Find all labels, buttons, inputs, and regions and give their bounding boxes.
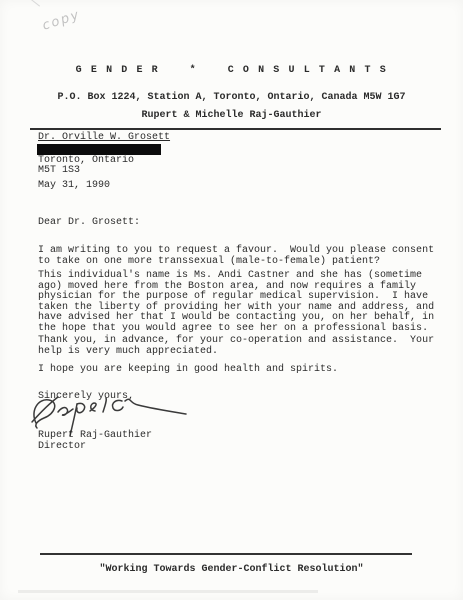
scan-bottom-streak [18,590,318,593]
letter-date: May 31, 1990 [38,181,110,192]
footer-slogan: "Working Towards Gender-Conflict Resolut… [0,565,463,576]
scanned-letter-page: copy G E N D E R * C O N S U L T A N T S… [0,0,463,600]
footer-rule [40,553,412,555]
scan-corner-mark [30,0,40,7]
signer-name: Rupert Raj-Gauthier [38,431,152,442]
body-paragraph-2: This individual's name is Ms. Andi Castn… [38,271,434,335]
letterhead-divider-rule [30,128,441,130]
recipient-postal-code: M5T 1S3 [38,166,80,177]
body-paragraph-4: I hope you are keeping in good health an… [38,365,338,376]
body-paragraph-1: I am writing to you to request a favour.… [38,246,434,267]
salutation: Dear Dr. Grosett: [38,218,140,229]
handwritten-copy-note: copy [41,7,83,33]
redacted-address-bar [37,144,161,155]
letterhead-org-name: G E N D E R * C O N S U L T A N T S [0,66,463,77]
letterhead-po-box-line: P.O. Box 1224, Station A, Toronto, Ontar… [0,93,463,104]
letterhead-names-line: Rupert & Michelle Raj-Gauthier [0,111,463,122]
recipient-name: Dr. Orville W. Grosett [38,133,170,144]
signer-title: Director [38,442,86,453]
body-paragraph-3: Thank you, in advance, for your co-opera… [38,336,434,357]
